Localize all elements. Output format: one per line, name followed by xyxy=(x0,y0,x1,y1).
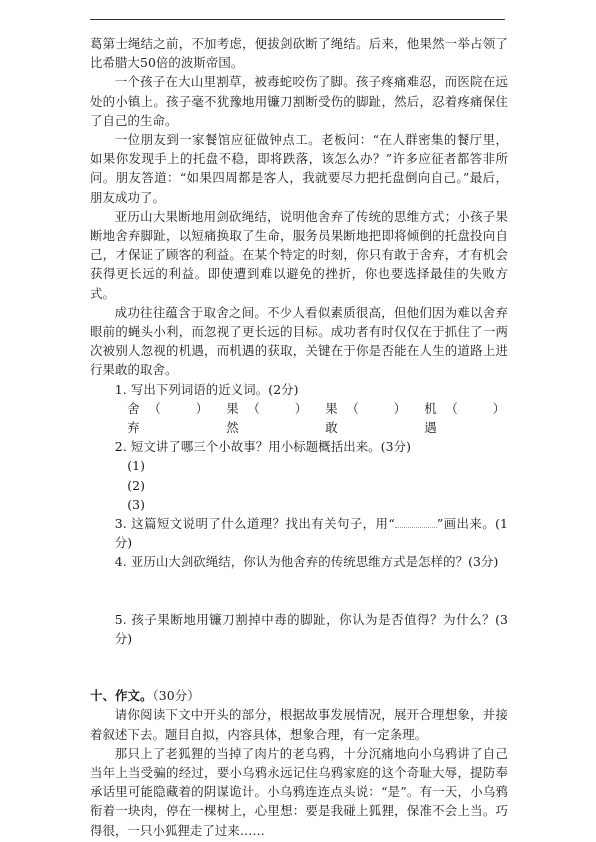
synonym-item[interactable]: 果敢（） xyxy=(325,399,406,437)
answer-line-3[interactable]: (3) xyxy=(90,495,508,514)
synonym-item[interactable]: 机遇（） xyxy=(424,399,505,437)
synonym-word: 机遇 xyxy=(424,399,445,437)
question-1: 1. 写出下列词语的近义词。(2分) xyxy=(90,380,508,399)
answer-blank[interactable]: （ xyxy=(445,399,492,437)
answer-space-5[interactable] xyxy=(90,648,508,686)
question-5: 5. 孩子果断地用镰刀割掉中毒的脚趾，你认为是否值得？为什么？(3分) xyxy=(90,610,508,648)
composition-title: 十、作文。（30分） xyxy=(90,686,508,705)
question-4: 4. 亚历山大剑砍绳结，你认为他舍弃的传统思维方式是怎样的？(3分) xyxy=(90,552,508,571)
synonym-word: 果然 xyxy=(226,399,247,437)
answer-space-4[interactable] xyxy=(90,572,508,610)
wavy-underline-icon xyxy=(395,517,437,528)
passage-paragraph-2: 一个孩子在大山里割草，被毒蛇咬伤了脚。孩子疼痛难忍，而医院在远处的小镇上。孩子毫… xyxy=(90,72,508,130)
answer-blank[interactable]: （ xyxy=(148,399,195,437)
passage-paragraph-5: 成功往往蕴含于取舍之间。不少人看似素质很高，但他们因为难以舍弃眼前的蝇头小利，而… xyxy=(90,303,508,380)
synonym-word: 舍弃 xyxy=(127,399,148,437)
answer-blank[interactable]: （ xyxy=(346,399,393,437)
question-2: 2. 短文讲了哪三个小故事？用小标题概括出来。(3分) xyxy=(90,437,508,456)
synonym-item[interactable]: 果然（） xyxy=(226,399,307,437)
answer-line-2[interactable]: (2) xyxy=(90,476,508,495)
passage-paragraph-1: 葛第士绳结之前，不加考虑，便拔剑砍断了绳结。后来，他果然一举占领了比希腊大50倍… xyxy=(90,34,508,72)
synonym-word: 果敢 xyxy=(325,399,346,437)
synonym-blanks: 舍弃（） 果然（） 果敢（） 机遇（） xyxy=(90,399,508,437)
synonym-item[interactable]: 舍弃（） xyxy=(127,399,208,437)
composition-story-opening: 那只上了老狐狸的当掉了肉片的老乌鸦，十分沉痛地向小乌鸦讲了自己当年上当受骗的经过… xyxy=(90,744,508,840)
passage-paragraph-4: 亚历山大果断地用剑砍绳结，说明他舍弃了传统的思维方式；小孩子果断地舍弃脚趾，以短… xyxy=(90,207,508,303)
passage-paragraph-3: 一位朋友到一家餐馆应征做钟点工。老板问：“在人群密集的餐厅里，如果你发现手上的托… xyxy=(90,130,508,207)
question-3: 3. 这篇短文说明了什么道理？找出有关句子，用“”画出来。(1分) xyxy=(90,514,508,552)
composition-instruction: 请你阅读下文中开头的部分，根据故事发展情况，展开合理想象，并接着叙述下去。题目自… xyxy=(90,705,508,743)
header-rule xyxy=(90,19,505,20)
answer-blank[interactable]: （ xyxy=(247,399,294,437)
document-page: 葛第士绳结之前，不加考虑，便拔剑砍断了绳结。后来，他果然一举占领了比希腊大50倍… xyxy=(90,34,508,840)
answer-line-1[interactable]: (1) xyxy=(90,456,508,475)
